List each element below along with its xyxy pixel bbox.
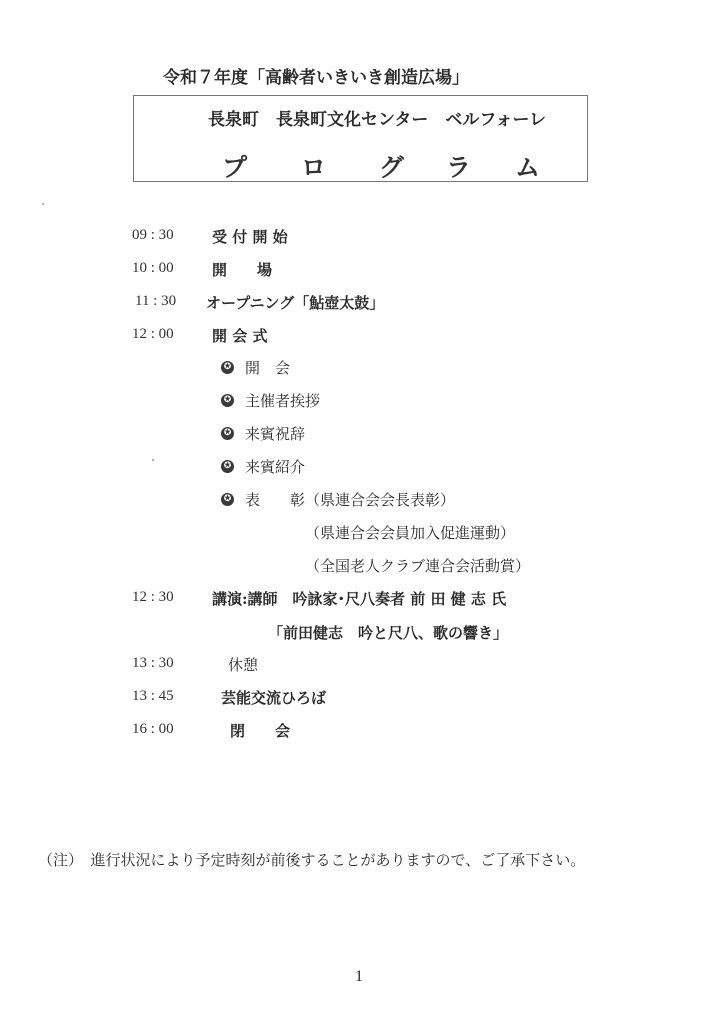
schedule-time: 13 : 45 [132, 688, 174, 705]
schedule-time: 11 : 30 [135, 293, 176, 310]
schedule-label: 芸能交流ひろば [221, 687, 326, 708]
ceremony-item: 表 彰（県連合会会長表彰） [245, 489, 455, 510]
schedule-time: 09 : 30 [132, 227, 174, 244]
program-char-3: グ [379, 148, 404, 184]
schedule-time: 13 : 30 [132, 655, 174, 672]
venue-name: 長泉町 長泉町文化センター ベルフォーレ [208, 105, 546, 130]
schedule-time: 12 : 30 [132, 589, 174, 606]
schedule-note: （注） 進行状況により予定時刻が前後することがありますので、ご了承下さい。 [38, 849, 585, 870]
scan-speck [42, 203, 44, 205]
page-number: 1 [355, 968, 363, 986]
program-char-1: プ [222, 148, 247, 184]
ceremony-item: 来賓紹介 [245, 456, 305, 477]
event-title: 令和７年度「高齢者いきいき創造広場」 [163, 63, 469, 88]
schedule-time: 16 : 00 [132, 721, 174, 738]
star-circle-icon: ✪ [221, 361, 234, 374]
schedule-time: 12 : 00 [132, 326, 174, 343]
star-circle-icon: ✪ [221, 394, 234, 407]
ceremony-item: 開 会 [245, 357, 290, 378]
schedule-label: オープニング「鮎壺太鼓」 [206, 292, 384, 313]
star-circle-icon: ✪ [221, 493, 234, 506]
schedule-label: 閉 会 [230, 720, 290, 741]
program-char-5: ム [515, 148, 540, 184]
star-circle-icon: ✪ [221, 427, 234, 440]
schedule-label: 講演:講師 吟詠家･尺八奏者 前 田 健 志 氏 [212, 588, 506, 609]
lecture-subtitle: 「前田健志 吟と尺八、歌の響き」 [268, 622, 508, 643]
schedule-label: 開 会 式 [212, 325, 267, 346]
program-char-2: ロ [301, 148, 326, 184]
scan-speck [152, 459, 154, 461]
ceremony-item: 主催者挨拶 [245, 390, 320, 411]
award-line: （県連合会会員加入促進運動） [305, 522, 515, 543]
award-line: （全国老人クラブ連合会活動賞） [305, 555, 530, 576]
schedule-time: 10 : 00 [132, 260, 174, 277]
program-char-4: ラ [446, 148, 471, 184]
ceremony-item: 来賓祝辞 [245, 423, 305, 444]
star-circle-icon: ✪ [221, 460, 234, 473]
schedule-label: 開 場 [212, 259, 272, 280]
schedule-label: 受 付 開 始 [212, 226, 288, 247]
schedule-label: 休憩 [228, 654, 258, 675]
